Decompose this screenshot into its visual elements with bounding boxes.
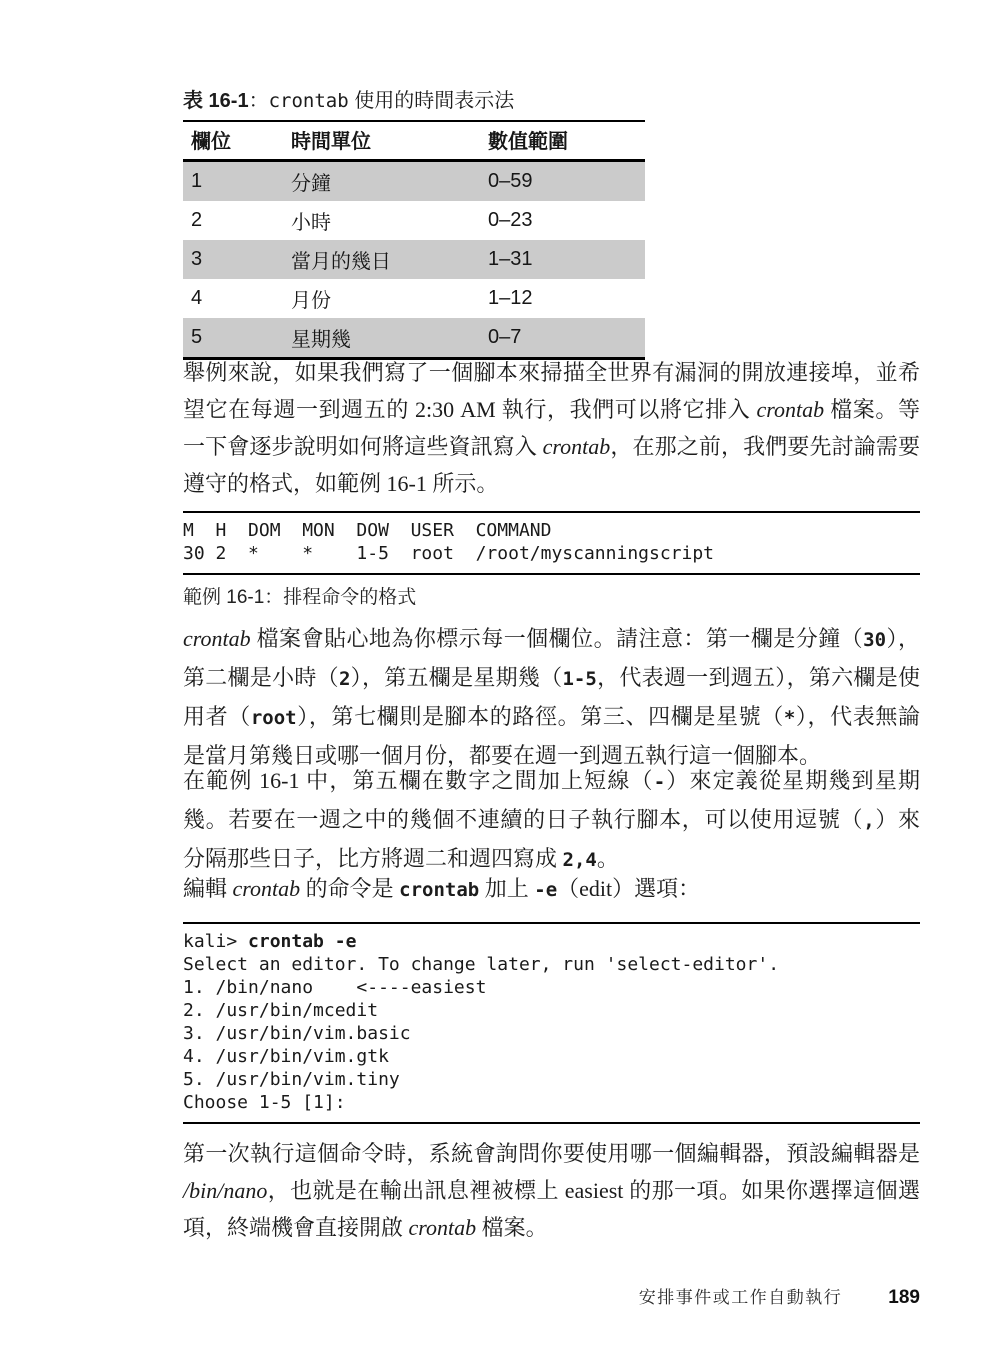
code-inline: root [251,707,297,729]
paragraph: crontab 檔案會貼心地為你標示每一個欄位。請注意：第一欄是分鐘（30），第… [183,620,920,774]
crontab-time-table: 欄位 時間單位 數值範圍 1 分鐘 0–59 2 小時 0–23 3 當月的幾日… [183,120,920,360]
table-cell: 2 [183,201,283,240]
paragraph-text: 第一次執行這個命令時，系統會詢問你要使用哪一個編輯器，預設編輯器是 [183,1141,920,1166]
code-listing-editor-select: kali> crontab -e Select an editor. To ch… [183,922,920,1124]
path-term: /bin/nano [183,1178,267,1203]
paragraph-text: ，也就是在輸出訊息裡被標上 easiest 的那一項。如果你選擇這個選項，終端機… [183,1178,920,1240]
paragraph-text: 編輯 [183,876,233,901]
code-inline: 30 [863,629,886,651]
code-line-prompt: kali> crontab -e [183,930,920,953]
table-row: 5 星期幾 0–7 [183,318,645,359]
table-cell: 0–7 [480,318,645,359]
paragraph: 舉例來說，如果我們寫了一個腳本來掃描全世界有漏洞的開放連接埠，並希望它在每週一到… [183,354,920,502]
code-line: M H DOM MON DOW USER COMMAND [183,519,920,542]
shell-prompt: kali> [183,931,248,952]
shell-command: crontab -e [248,931,356,952]
table-cell: 小時 [283,201,480,240]
code-line: 1. /bin/nano <----easiest [183,976,920,999]
code-line: 4. /usr/bin/vim.gtk [183,1045,920,1068]
paragraph-text: 檔案。 [476,1215,548,1240]
paragraph-text: ），第五欄是星期幾（ [350,665,562,690]
table-cell: 當月的幾日 [283,240,480,279]
table-cell: 星期幾 [283,318,480,359]
code-inline: 1-5 [562,668,596,690]
crontab-term: crontab [183,626,251,651]
code-inline: - [654,771,665,793]
code-inline: * [784,707,795,729]
paragraph-text: （edit）選項： [557,876,700,901]
paragraph: 編輯 crontab 的命令是 crontab 加上 -e（edit）選項： [183,870,920,909]
code-inline: 2 [339,668,350,690]
table-cell: 4 [183,279,283,318]
table-row: 3 當月的幾日 1–31 [183,240,645,279]
paragraph: 第一次執行這個命令時，系統會詢問你要使用哪一個編輯器，預設編輯器是 /bin/n… [183,1135,920,1246]
paragraph-text: 加上 [479,876,534,901]
code-line: 30 2 * * 1-5 root /root/myscanningscript [183,542,920,565]
table-cell: 1–12 [480,279,645,318]
table-header-row: 欄位 時間單位 數值範圍 [183,121,645,161]
crontab-term: crontab [543,434,611,459]
code-inline: , [863,810,874,832]
table-header-cell: 時間單位 [283,121,480,161]
table-row: 2 小時 0–23 [183,201,645,240]
paragraph-text: 的命令是 [300,876,399,901]
code-line: Select an editor. To change later, run '… [183,953,920,976]
paragraph-text: 在範例 16-1 中，第五欄在數字之間加上短線（ [183,768,654,793]
footer-section-title: 安排事件或工作自動執行 [639,1288,843,1307]
table-caption-colon: ： [249,90,269,112]
table-caption-code: crontab [269,90,349,112]
code-line: 5. /usr/bin/vim.tiny [183,1068,920,1091]
footer-page-number: 189 [888,1287,920,1308]
paragraph-text: 。 [597,846,619,871]
code-line: 3. /usr/bin/vim.basic [183,1022,920,1045]
table-cell: 3 [183,240,283,279]
paragraph: 在範例 16-1 中，第五欄在數字之間加上短線（-）來定義從星期幾到星期幾。若要… [183,762,920,879]
table-row: 4 月份 1–12 [183,279,645,318]
table-caption-text: 使用的時間表示法 [349,90,515,112]
crontab-term: crontab [756,397,824,422]
paragraph-text: 檔案會貼心地為你標示每一個欄位。請注意：第一欄是分鐘（ [251,626,864,651]
table-cell: 1–31 [480,240,645,279]
listing-caption: 範例 16-1：排程命令的格式 [183,582,920,609]
page-footer: 安排事件或工作自動執行189 [183,1283,920,1309]
table: 欄位 時間單位 數值範圍 1 分鐘 0–59 2 小時 0–23 3 當月的幾日… [183,120,645,360]
crontab-term: crontab [409,1215,477,1240]
table-header-cell: 欄位 [183,121,283,161]
table-caption: 表 16-1：crontab 使用的時間表示法 [183,84,920,113]
table-cell: 分鐘 [283,161,480,202]
crontab-term: crontab [233,876,301,901]
table-cell: 1 [183,161,283,202]
table-cell: 月份 [283,279,480,318]
paragraph-text: ），第七欄則是腳本的路徑。第三、四欄是星號（ [297,704,784,729]
code-line: 2. /usr/bin/mcedit [183,999,920,1022]
code-listing-format: M H DOM MON DOW USER COMMAND 30 2 * * 1-… [183,511,920,575]
table-row: 1 分鐘 0–59 [183,161,645,202]
table-header-cell: 數值範圍 [480,121,645,161]
code-line: Choose 1-5 [1]: [183,1091,920,1114]
table-caption-number: 表 16-1 [183,90,249,112]
table-cell: 5 [183,318,283,359]
code-inline: 2,4 [563,849,597,871]
code-inline: -e [534,879,557,901]
table-cell: 0–23 [480,201,645,240]
table-cell: 0–59 [480,161,645,202]
code-inline: crontab [399,879,479,901]
